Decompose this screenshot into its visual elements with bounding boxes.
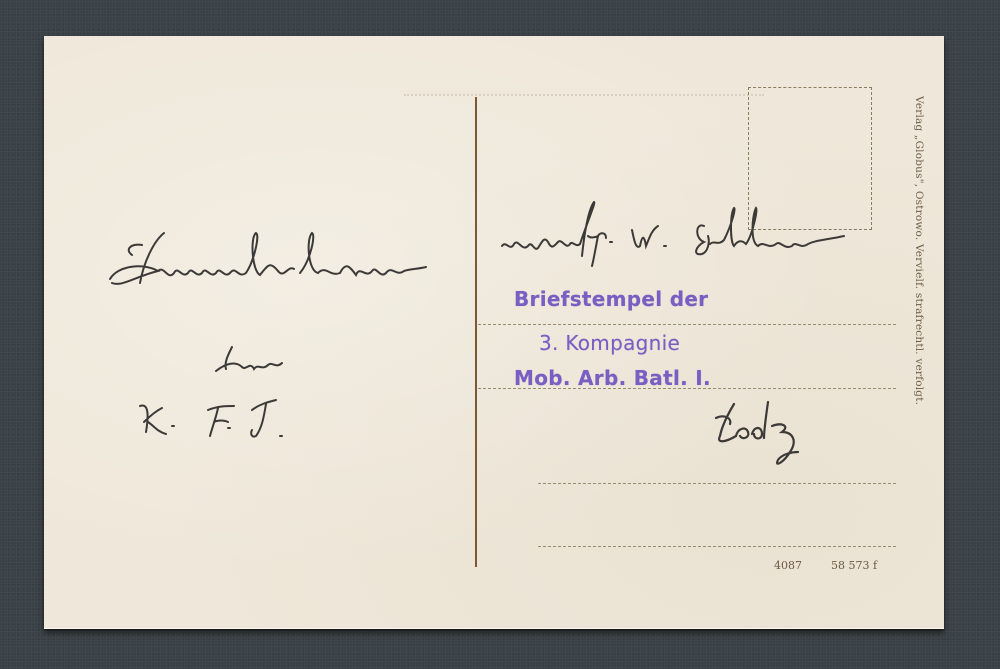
postcard: Sammelalbum der K. F. J. Unteroff. W. Ge… bbox=[44, 36, 944, 629]
center-divider bbox=[475, 97, 477, 567]
handwritten-sammelalbum: Sammelalbum bbox=[104, 221, 434, 301]
handwritten-recipient: Unteroff. W. Gehlen bbox=[496, 196, 856, 276]
address-line-1 bbox=[478, 324, 896, 325]
handwritten-der: der bbox=[212, 341, 292, 381]
handwriting-kfj-icon bbox=[134, 388, 294, 448]
address-line-4 bbox=[538, 546, 896, 547]
handwritten-kfj: K. F. J. bbox=[134, 388, 294, 448]
handwritten-city: Lodz bbox=[706, 396, 816, 476]
unit-stamp-line-1: Briefstempel der bbox=[514, 289, 708, 309]
catalog-number-right: 58 573 f bbox=[831, 559, 877, 572]
handwriting-recipient-icon bbox=[496, 196, 856, 276]
unit-stamp-line-2: 3. Kompagnie bbox=[539, 333, 680, 353]
unit-stamp-line-3: Mob. Arb. Batl. I. bbox=[514, 368, 711, 388]
address-line-3 bbox=[538, 483, 896, 484]
handwriting-lodz-icon bbox=[706, 396, 816, 476]
catalog-number-left: 4087 bbox=[774, 559, 802, 572]
handwriting-der-icon bbox=[212, 341, 292, 381]
handwriting-sammelalbum-icon bbox=[104, 221, 434, 301]
faded-heading-line bbox=[404, 94, 764, 104]
publisher-imprint: Verlag „Globus", Ostrowo. Vervielf. stra… bbox=[911, 96, 925, 496]
